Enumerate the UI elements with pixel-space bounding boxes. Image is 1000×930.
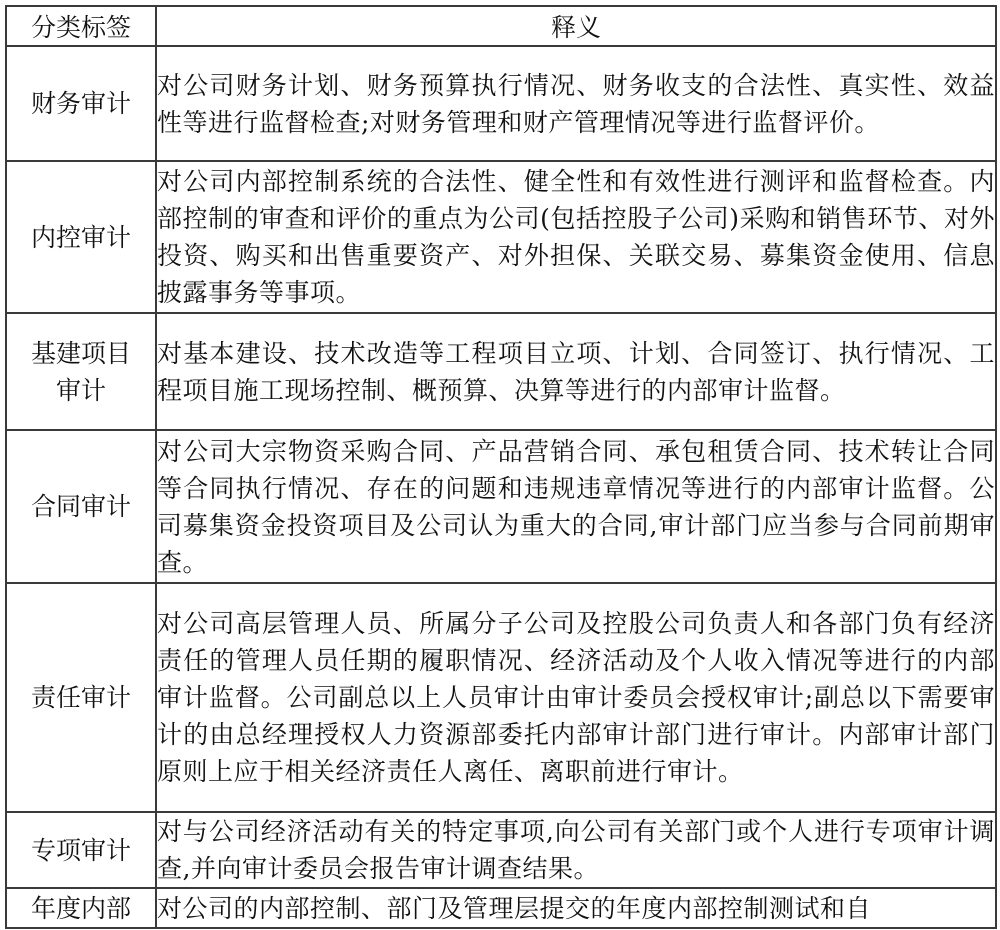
row-description: 对公司内部控制系统的合法性、健全性和有效性进行测评和监督检查。内部控制的审查和评… [156, 161, 996, 313]
table-row: 年度内部 对公司的内部控制、部门及管理层提交的年度内部控制测试和自 [6, 888, 996, 928]
row-category: 年度内部 [6, 888, 156, 928]
table-row: 财务审计 对公司财务计划、财务预算执行情况、财务收支的合法性、真实性、效益性等进… [6, 46, 996, 161]
row-description: 对公司的内部控制、部门及管理层提交的年度内部控制测试和自 [156, 888, 996, 928]
row-category: 合同审计 [6, 430, 156, 583]
table-header-row: 分类标签 释义 [6, 6, 996, 46]
table-row: 责任审计 对公司高层管理人员、所属分子公司及控股公司负责人和各部门负有经济责任的… [6, 583, 996, 812]
table-row: 内控审计 对公司内部控制系统的合法性、健全性和有效性进行测评和监督检查。内部控制… [6, 161, 996, 313]
audit-classification-table: 分类标签 释义 财务审计 对公司财务计划、财务预算执行情况、财务收支的合法性、真… [5, 5, 997, 929]
table-row: 专项审计 对与公司经济活动有关的特定事项,向公司有关部门或个人进行专项审计调查,… [6, 812, 996, 888]
row-category: 责任审计 [6, 583, 156, 812]
header-definition: 释义 [156, 6, 996, 46]
row-description: 对公司大宗物资采购合同、产品营销合同、承包租赁合同、技术转让合同等合同执行情况、… [156, 430, 996, 583]
row-description: 对基本建设、技术改造等工程项目立项、计划、合同签订、执行情况、工程项目施工现场控… [156, 313, 996, 430]
row-description: 对公司高层管理人员、所属分子公司及控股公司负责人和各部门负有经济责任的管理人员任… [156, 583, 996, 812]
header-category: 分类标签 [6, 6, 156, 46]
row-category: 内控审计 [6, 161, 156, 313]
row-category: 财务审计 [6, 46, 156, 161]
row-category: 专项审计 [6, 812, 156, 888]
row-description: 对公司财务计划、财务预算执行情况、财务收支的合法性、真实性、效益性等进行监督检查… [156, 46, 996, 161]
table-row: 基建项目审计 对基本建设、技术改造等工程项目立项、计划、合同签订、执行情况、工程… [6, 313, 996, 430]
row-category: 基建项目审计 [6, 313, 156, 430]
row-description: 对与公司经济活动有关的特定事项,向公司有关部门或个人进行专项审计调查,并向审计委… [156, 812, 996, 888]
table-row: 合同审计 对公司大宗物资采购合同、产品营销合同、承包租赁合同、技术转让合同等合同… [6, 430, 996, 583]
